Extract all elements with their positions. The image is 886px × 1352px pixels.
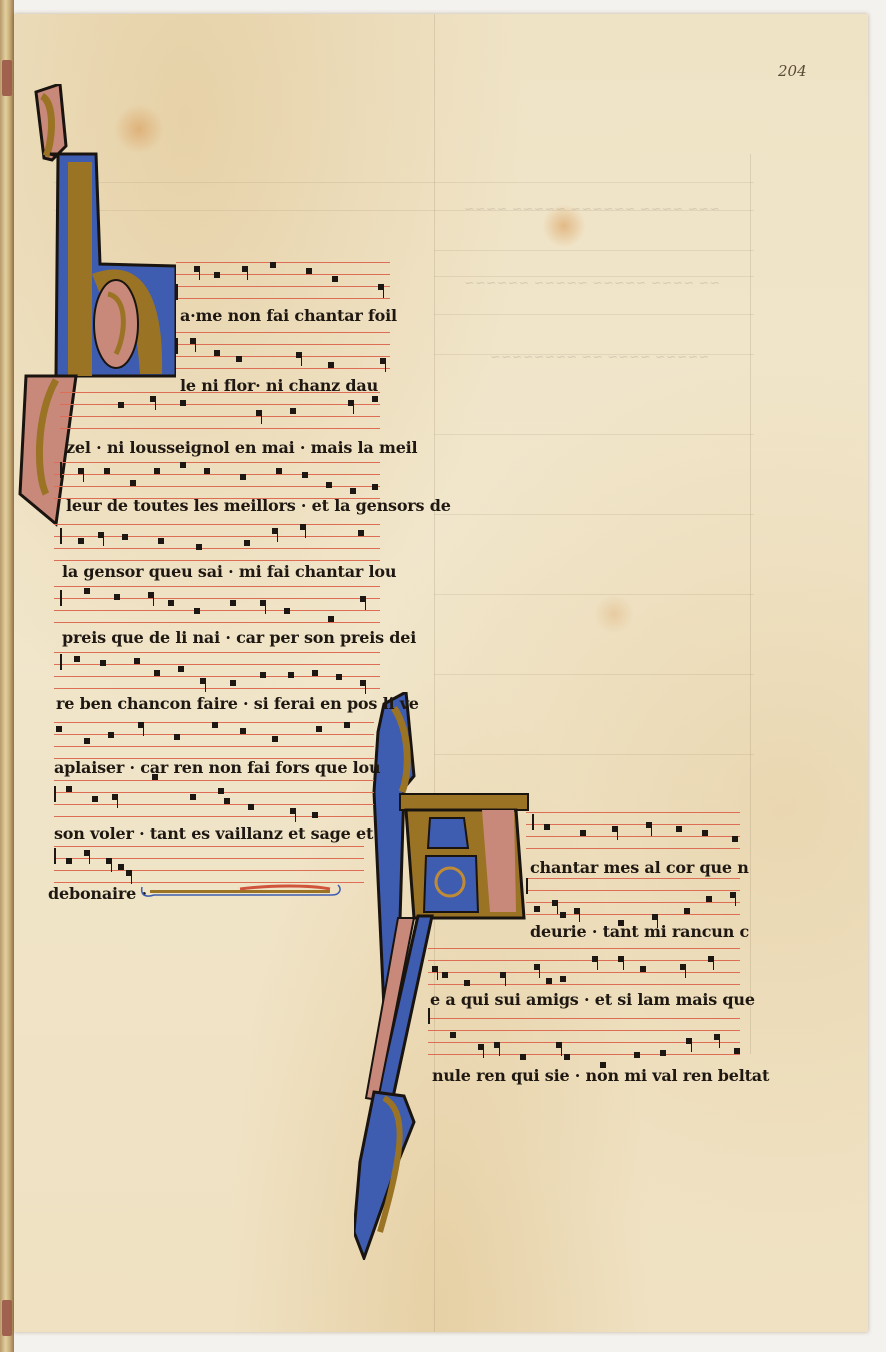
neume [684, 908, 690, 914]
neume [564, 1054, 570, 1060]
neume [240, 474, 246, 480]
music-staff [54, 586, 380, 626]
neume [290, 808, 296, 814]
neume [158, 538, 164, 544]
neume [284, 608, 290, 614]
c-clef [60, 590, 66, 606]
neume [360, 596, 366, 602]
show-through-text: ~~~~~ ~~~~ ~~ ~~~~~~~~ [490, 350, 709, 365]
neume [520, 1054, 526, 1060]
music-staff [54, 846, 364, 886]
neume [168, 600, 174, 606]
neume [312, 670, 318, 676]
neume [372, 484, 378, 490]
neume [328, 362, 334, 368]
neume [108, 732, 114, 738]
lyric-line: nule ren qui sie · non mi val ren beltat [432, 1066, 769, 1085]
neume [432, 966, 438, 972]
neume [276, 468, 282, 474]
neume [618, 956, 624, 962]
neume [316, 726, 322, 732]
neume [350, 488, 356, 494]
neume [122, 534, 128, 540]
neume [580, 830, 586, 836]
neume [646, 822, 652, 828]
neume [138, 722, 144, 728]
neume [652, 914, 658, 920]
neume [194, 266, 200, 272]
neume [154, 468, 160, 474]
neume [706, 896, 712, 902]
neume [640, 966, 646, 972]
neume [104, 468, 110, 474]
c-clef [532, 814, 538, 830]
show-through-text: ~~ ~~~~ ~~~~~ ~~~~~ ~~~~~~ [464, 276, 720, 291]
neume [134, 658, 140, 664]
neume [112, 794, 118, 800]
music-staff [526, 878, 740, 918]
c-clef [60, 654, 66, 670]
neume [92, 796, 98, 802]
neume [300, 524, 306, 530]
lyric-line: debonaire · [48, 884, 147, 903]
ruling-line [434, 594, 754, 595]
c-clef [60, 528, 66, 544]
neume [224, 798, 230, 804]
neume [312, 812, 318, 818]
ruling-line [434, 314, 754, 315]
c-clef [176, 284, 182, 300]
c-clef [60, 462, 66, 478]
neume [66, 786, 72, 792]
line-filler-ornament [140, 883, 345, 899]
neume [248, 804, 254, 810]
neume [442, 972, 448, 978]
ruling-line [434, 514, 754, 515]
neume [660, 1050, 666, 1056]
neume [336, 674, 342, 680]
neume [130, 480, 136, 486]
neume [464, 980, 470, 986]
lyric-line: deurie · tant mi rancun c [530, 922, 749, 941]
neume [358, 530, 364, 536]
neume [106, 858, 112, 864]
binding-tab [2, 60, 12, 96]
neume [326, 482, 332, 488]
neume [544, 824, 550, 830]
neume [348, 400, 354, 406]
neume [126, 870, 132, 876]
neume [534, 964, 540, 970]
neume [230, 600, 236, 606]
neume [260, 672, 266, 678]
lyric-line: son voler · tant es vaillanz et sage et [54, 824, 373, 843]
neume [180, 400, 186, 406]
neume [478, 1044, 484, 1050]
neume [296, 352, 302, 358]
neume [732, 836, 738, 842]
ruling-line [434, 250, 754, 251]
ruling-line [750, 154, 751, 1054]
lyric-line: chantar mes al cor que n [530, 858, 749, 877]
neume [204, 468, 210, 474]
neume [560, 912, 566, 918]
neume [306, 268, 312, 274]
neume [190, 338, 196, 344]
neume [494, 1042, 500, 1048]
neume [272, 736, 278, 742]
neume [372, 396, 378, 402]
music-staff [526, 812, 740, 852]
neume [592, 956, 598, 962]
neume [546, 978, 552, 984]
neume [84, 588, 90, 594]
neume [256, 410, 262, 416]
ruling-line [434, 434, 754, 435]
neume [270, 262, 276, 268]
neume [676, 826, 682, 832]
neume [200, 678, 206, 684]
neume [150, 396, 156, 402]
neume [148, 592, 154, 598]
neume [214, 272, 220, 278]
neume [272, 528, 278, 534]
neume [714, 1034, 720, 1040]
c-clef [54, 786, 60, 802]
neume [378, 284, 384, 290]
neume [212, 722, 218, 728]
neume [574, 908, 580, 914]
c-clef [176, 338, 182, 354]
neume [240, 728, 246, 734]
neume [560, 976, 566, 982]
ruling-line [434, 674, 754, 675]
neume [66, 858, 72, 864]
neume [196, 544, 202, 550]
neume [708, 956, 714, 962]
c-clef [526, 878, 532, 894]
neume [290, 408, 296, 414]
book-binding-edge [0, 0, 14, 1352]
music-staff [428, 1018, 740, 1058]
music-staff [54, 780, 374, 820]
neume [260, 600, 266, 606]
neume [552, 900, 558, 906]
neume [288, 672, 294, 678]
neume [152, 774, 158, 780]
stain [594, 594, 634, 634]
neume [634, 1052, 640, 1058]
neume [242, 266, 248, 272]
neume [84, 738, 90, 744]
c-clef [428, 1008, 434, 1024]
music-staff [60, 392, 380, 432]
lyric-line: re ben chancon faire · si ferai en pos l… [56, 694, 419, 713]
neume [730, 892, 736, 898]
lyric-line: e a qui sui amigs · et si lam mais que [430, 990, 755, 1009]
music-staff [54, 722, 374, 762]
neume [380, 358, 386, 364]
neume [154, 670, 160, 676]
neume [218, 788, 224, 794]
show-through-text: ~~~ ~~~~ ~~~~~~ ~~~~~ ~~~~ [464, 202, 720, 217]
c-clef [54, 848, 60, 864]
neume [450, 1032, 456, 1038]
lyric-line: preis que de li nai · car per son preis … [62, 628, 416, 647]
neume [680, 964, 686, 970]
neume [118, 402, 124, 408]
lyric-line: aplaiser · car ren non fai fors que lou [54, 758, 380, 777]
neume [56, 726, 62, 732]
music-staff [54, 524, 380, 564]
neume [702, 830, 708, 836]
neume [84, 850, 90, 856]
neume [230, 680, 236, 686]
lyric-line: leur de toutes les meillors · et la gens… [66, 496, 451, 515]
neume [178, 666, 184, 672]
neume [302, 472, 308, 478]
folio-number: 204 [778, 62, 807, 80]
neume [118, 864, 124, 870]
neume [194, 608, 200, 614]
neume [344, 722, 350, 728]
neume [214, 350, 220, 356]
neume [328, 616, 334, 622]
lyric-line: zel · ni lousseignol en mai · mais la me… [66, 438, 417, 457]
neume [190, 794, 196, 800]
neume [174, 734, 180, 740]
neume [612, 826, 618, 832]
neume [100, 660, 106, 666]
neume [332, 276, 338, 282]
neume [180, 462, 186, 468]
neume [556, 1042, 562, 1048]
neume [78, 538, 84, 544]
lyric-line: la gensor queu sai · mi fai chantar lou [62, 562, 396, 581]
music-staff [54, 652, 380, 692]
neume [534, 906, 540, 912]
neume [98, 532, 104, 538]
neume [78, 468, 84, 474]
neume [360, 680, 366, 686]
neume [500, 972, 506, 978]
music-staff [176, 332, 390, 372]
music-staff [176, 262, 390, 302]
neume [74, 656, 80, 662]
neume [734, 1048, 740, 1054]
music-staff [428, 948, 740, 988]
binding-tab [2, 1300, 12, 1336]
neume [244, 540, 250, 546]
neume [686, 1038, 692, 1044]
neume [236, 356, 242, 362]
lyric-line: a·me non fai chantar foil [180, 306, 397, 325]
neume [114, 594, 120, 600]
